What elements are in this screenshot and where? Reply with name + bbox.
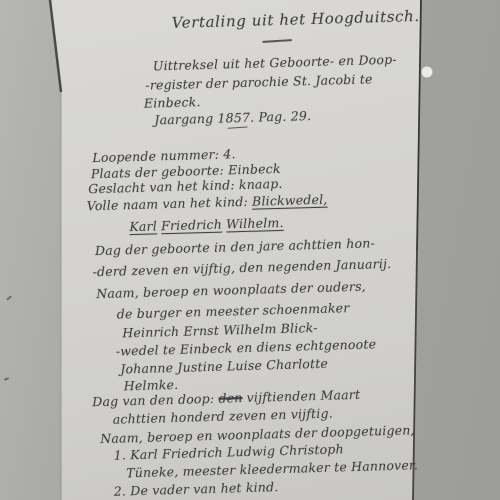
text-segment: Volle naam van het kind: [87,194,253,214]
document-line: Vertaling uit het Hoogduitsch. [171,7,419,32]
document-line: Uittreksel uit het Geboorte- en Doop- [153,52,397,74]
document-line: Einbeck. [144,94,201,111]
document-line: de burger en meester schoenmaker [117,300,350,321]
document-line: Heinrich Ernst Wilhelm Blick- [122,320,318,340]
document-line: Helmke. [124,377,179,394]
flourish-dash-under-jaargang [228,126,248,129]
text-segment: -register der parochie St. Jacobi te [145,71,373,92]
text-segment: de burger en meester schoenmaker [117,300,350,321]
document-line: -wedel te Einbeck en diens echtgenoote [116,336,377,358]
document-line: Karl Friedrich Wilhelm. [129,215,284,234]
text-segment: 2. De vader van het kind. [114,479,279,499]
document-line: Johanne Justine Luise Charlotte [120,356,328,377]
text-segment: Uittreksel uit het Geboorte- en Doop- [153,52,397,74]
document-lines: Vertaling uit het Hoogduitsch.Uittreksel… [0,0,500,500]
text-segment: Wilhelm. [226,215,284,232]
flourish-dash-under-title [262,39,292,42]
text-segment: Naam, beroep en woonplaats der doopgetui… [100,422,415,446]
text-segment: Naam, beroep en woonplaats der ouders, [96,279,366,302]
document-line: Naam, beroep en woonplaats der doopgetui… [100,422,415,446]
document-line: -derd zeven en vijftig, den negenden Jan… [92,256,391,279]
text-segment: achttien honderd zeven en vijftig. [113,406,334,427]
text-segment: Dag der geboorte in den jare achttien ho… [95,235,375,258]
text-segment: Johanne Justine Luise Charlotte [120,356,328,377]
text-segment: Friedrich [161,217,222,234]
text-segment: Heinrich Ernst Wilhelm Blick- [122,320,318,340]
text-segment: Helmke. [124,377,179,394]
document-line: Dag der geboorte in den jare achttien ho… [95,235,375,258]
text-segment: den [218,390,242,406]
scanned-document-photo: Vertaling uit het Hoogduitsch.Uittreksel… [0,0,500,500]
text-segment: Dag van den doop: [92,391,219,410]
document-line: Jaargang 1857. Pag. 29. [154,108,311,127]
text-segment: Blickwedel, [252,192,328,209]
document-line: Naam, beroep en woonplaats der ouders, [96,279,366,302]
text-segment: Vertaling uit het Hoogduitsch. [171,7,419,32]
document-line: 2. De vader van het kind. [114,479,279,499]
text-segment: vijftienden Maart [242,387,360,405]
text-segment: Einbeck. [144,94,201,111]
document-line: achttien honderd zeven en vijftig. [113,406,334,427]
text-segment: Karl [129,218,157,234]
text-segment: Jaargang 1857. Pag. 29. [154,108,311,127]
text-segment: -derd zeven en vijftig, den negenden Jan… [92,256,391,279]
document-line: -register der parochie St. Jacobi te [145,71,373,92]
text-segment: -wedel te Einbeck en diens echtgenoote [116,336,377,358]
